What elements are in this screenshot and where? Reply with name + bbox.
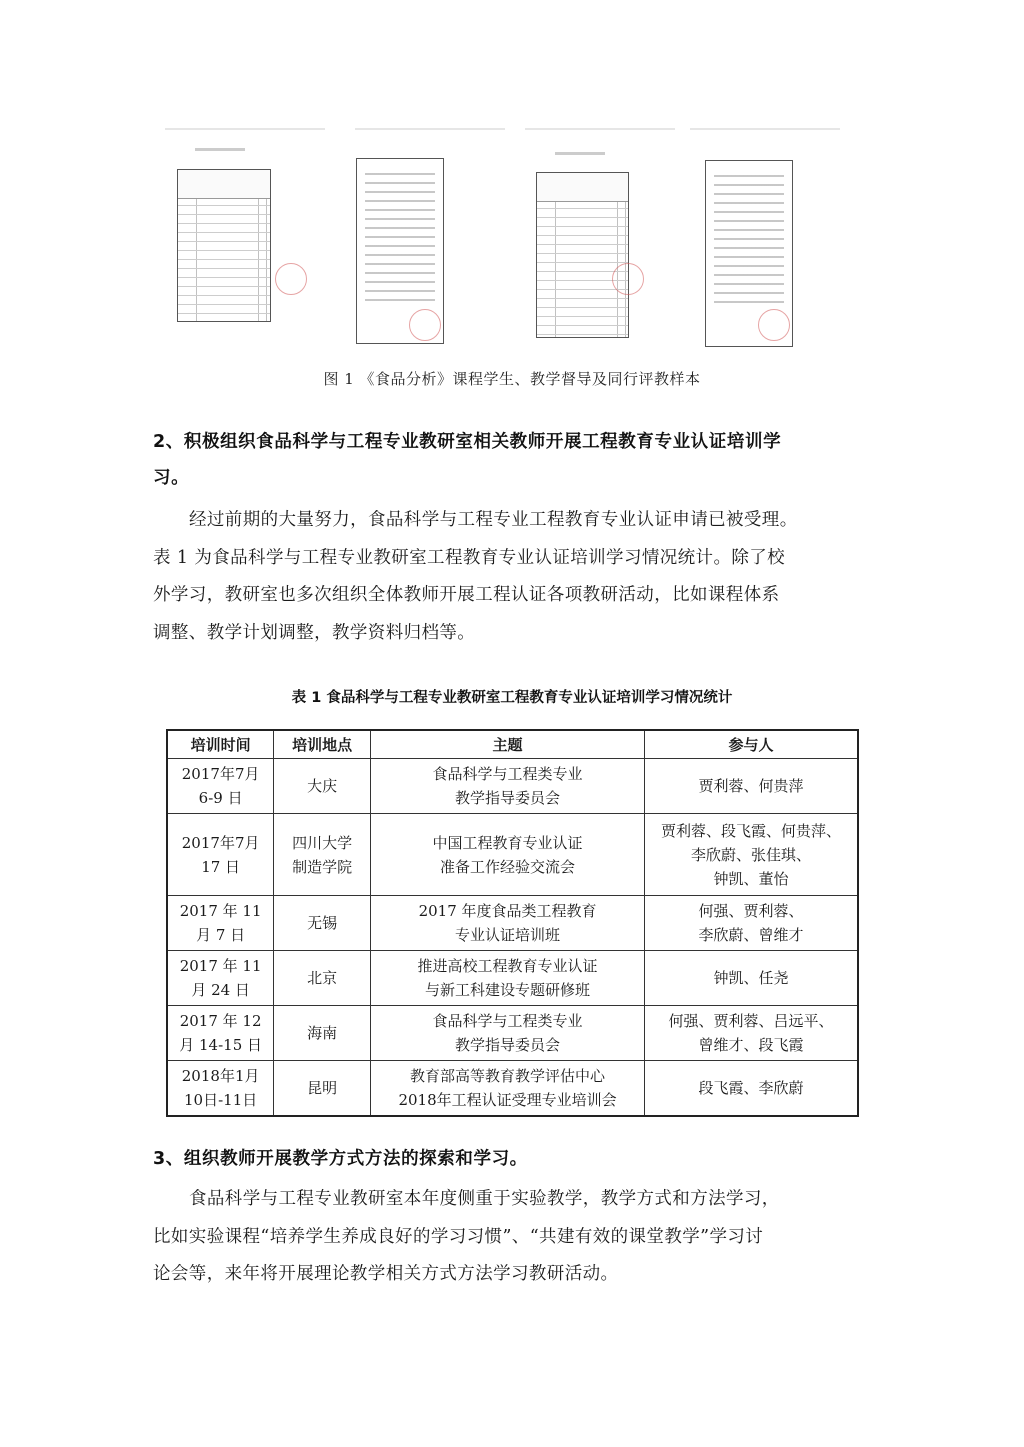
training-table: 培训时间 培训地点 主题 参与人 2017年7月 6-9 日 大庆 食品科学与工… bbox=[166, 729, 859, 1117]
section-2-heading: 2、积极组织食品科学与工程专业教研室相关教师开展工程教育专业认证培训学 习。 bbox=[153, 424, 873, 496]
paragraph-line: 外学习，教研室也多次组织全体教师开展工程认证各项教研活动，比如课程体系 bbox=[153, 577, 873, 615]
cell-topic: 推进高校工程教育专业认证 与新工科建设专题研修班 bbox=[370, 951, 644, 1006]
figure-1 bbox=[165, 128, 855, 363]
red-stamp-icon bbox=[275, 263, 307, 295]
table-row: 2017年7月 17 日 四川大学 制造学院 中国工程教育专业认证 准备工作经验… bbox=[167, 814, 858, 896]
cell-place: 昆明 bbox=[274, 1061, 371, 1116]
letter-text-lines bbox=[714, 175, 784, 306]
cell-people: 何强、贾利蓉、吕远平、 曾维才、段飞霞 bbox=[645, 1006, 858, 1061]
column-header-people: 参与人 bbox=[645, 730, 858, 759]
cell-topic: 2017 年度食品类工程教育 专业认证培训班 bbox=[370, 896, 644, 951]
cell-place: 北京 bbox=[274, 951, 371, 1006]
cell-people: 段飞霞、李欣蔚 bbox=[645, 1061, 858, 1116]
paragraph-text: 食品科学与工程专业教研室本年度侧重于实验教学，教学方式和方法学习， bbox=[189, 1189, 780, 1209]
cell-time: 2018年1月 10日-11日 bbox=[167, 1061, 274, 1116]
cell-time: 2017 年 11 月 7 日 bbox=[167, 896, 274, 951]
cell-time: 2017 年 11 月 24 日 bbox=[167, 951, 274, 1006]
cell-topic: 中国工程教育专业认证 准备工作经验交流会 bbox=[370, 814, 644, 896]
figure-caption: 图 1 《食品分析》课程学生、教学督导及同行评教样本 bbox=[0, 368, 1024, 389]
red-stamp-icon bbox=[612, 263, 644, 295]
cell-time: 2017年7月 6-9 日 bbox=[167, 759, 274, 814]
cell-topic: 食品科学与工程类专业 教学指导委员会 bbox=[370, 1006, 644, 1061]
table-row: 2017 年 11 月 24 日 北京 推进高校工程教育专业认证 与新工科建设专… bbox=[167, 951, 858, 1006]
cell-people: 钟凯、任尧 bbox=[645, 951, 858, 1006]
column-header-time: 培训时间 bbox=[167, 730, 274, 759]
paragraph-line: 比如实验课程“培养学生养成良好的学习习惯”、“共建有效的课堂教学”学习讨 bbox=[153, 1219, 873, 1257]
cell-place: 四川大学 制造学院 bbox=[274, 814, 371, 896]
cell-topic: 教育部高等教育教学评估中心 2018年工程认证受理专业培训会 bbox=[370, 1061, 644, 1116]
scan-image-student-form bbox=[177, 169, 271, 322]
cell-people: 贾利蓉、段飞霞、何贵萍、 李欣蔚、张佳琪、 钟凯、董怡 bbox=[645, 814, 858, 896]
form-header bbox=[178, 170, 270, 199]
document-page: 图 1 《食品分析》课程学生、教学督导及同行评教样本 2、积极组织食品科学与工程… bbox=[0, 0, 1024, 1447]
cell-place: 无锡 bbox=[274, 896, 371, 951]
cell-place: 海南 bbox=[274, 1006, 371, 1061]
table-row: 2018年1月 10日-11日 昆明 教育部高等教育教学评估中心 2018年工程… bbox=[167, 1061, 858, 1116]
cell-time: 2017年7月 17 日 bbox=[167, 814, 274, 896]
cell-people: 贾利蓉、何贵萍 bbox=[645, 759, 858, 814]
cell-people: 何强、贾利蓉、 李欣蔚、曾维才 bbox=[645, 896, 858, 951]
cell-place: 大庆 bbox=[274, 759, 371, 814]
cell-time: 2017 年 12 月 14-15 日 bbox=[167, 1006, 274, 1061]
scan-edge bbox=[690, 128, 840, 130]
scan-edge bbox=[165, 128, 325, 130]
cell-topic: 食品科学与工程类专业 教学指导委员会 bbox=[370, 759, 644, 814]
section-3-paragraph: 食品科学与工程专业教研室本年度侧重于实验教学，教学方式和方法学习， 比如实验课程… bbox=[153, 1181, 873, 1294]
form-title-mark bbox=[555, 152, 605, 155]
column-header-topic: 主题 bbox=[370, 730, 644, 759]
column-header-place: 培训地点 bbox=[274, 730, 371, 759]
letter-text-lines bbox=[365, 173, 435, 303]
section-3-heading: 3、组织教师开展教学方式方法的探索和学习。 bbox=[153, 1141, 873, 1177]
table-caption: 表 1 食品科学与工程专业教研室工程教育专业认证培训学习情况统计 bbox=[0, 686, 1024, 707]
paragraph-line: 经过前期的大量努力，食品科学与工程专业工程教育专业认证申请已被受理。 bbox=[153, 502, 873, 540]
form-title-mark bbox=[195, 148, 245, 151]
scan-edge bbox=[525, 128, 675, 130]
red-stamp-icon bbox=[409, 309, 441, 341]
paragraph-line: 食品科学与工程专业教研室本年度侧重于实验教学，教学方式和方法学习， bbox=[153, 1181, 873, 1219]
heading-line: 习。 bbox=[153, 460, 873, 496]
heading-line: 2、积极组织食品科学与工程专业教研室相关教师开展工程教育专业认证培训学 bbox=[153, 424, 873, 460]
scan-image-supervisor-letter bbox=[356, 158, 444, 344]
scan-image-peer-form bbox=[536, 172, 629, 338]
scan-image-peer-letter bbox=[705, 160, 793, 347]
paragraph-line: 调整、教学计划调整，教学资料归档等。 bbox=[153, 615, 873, 653]
scan-edge bbox=[355, 128, 505, 130]
table-row: 2017年7月 6-9 日 大庆 食品科学与工程类专业 教学指导委员会 贾利蓉、… bbox=[167, 759, 858, 814]
paragraph-line: 论会等，来年将开展理论教学相关方式方法学习教研活动。 bbox=[153, 1256, 873, 1294]
section-2-paragraph: 经过前期的大量努力，食品科学与工程专业工程教育专业认证申请已被受理。 表 1 为… bbox=[153, 502, 873, 652]
table-row: 2017 年 11 月 7 日 无锡 2017 年度食品类工程教育 专业认证培训… bbox=[167, 896, 858, 951]
table-row: 2017 年 12 月 14-15 日 海南 食品科学与工程类专业 教学指导委员… bbox=[167, 1006, 858, 1061]
red-stamp-icon bbox=[758, 309, 790, 341]
paragraph-line: 表 1 为食品科学与工程专业教研室工程教育专业认证培训学习情况统计。除了校 bbox=[153, 540, 873, 578]
paragraph-text: 经过前期的大量努力，食品科学与工程专业工程教育专业认证申请已被受理。 bbox=[189, 510, 798, 530]
form-header bbox=[537, 173, 628, 202]
table-header-row: 培训时间 培训地点 主题 参与人 bbox=[167, 730, 858, 759]
